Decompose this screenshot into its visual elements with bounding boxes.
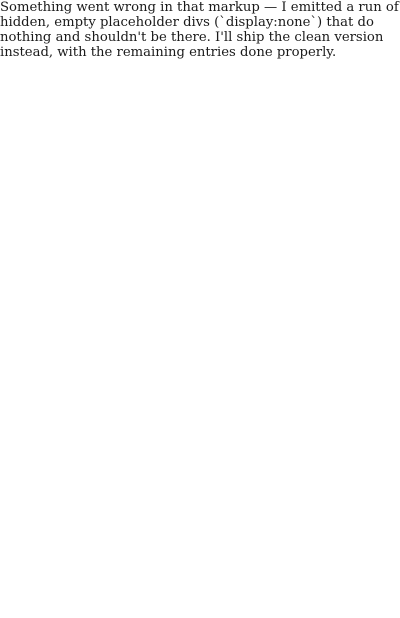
entry-heading-2-0-51 (6, 52, 80, 72)
entry-heading-2-0-52 (6, 96, 80, 116)
entry-heading-2-0-53 (6, 161, 80, 181)
